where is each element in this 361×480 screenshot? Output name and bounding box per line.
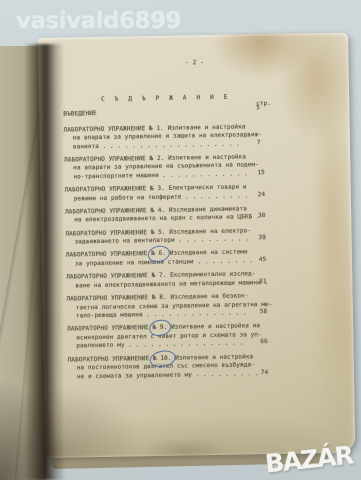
toc-entry-number: № 8. (152, 294, 167, 303)
toc-entry: ЛАБОРАТОРНО УПРАЖНЕНИЕ № 7. Експеримента… (66, 270, 266, 290)
toc-heading: С Ъ Д Ъ Р Ж А Н И Е (101, 93, 263, 104)
toc-entry-text: Електрически товари и (169, 183, 247, 191)
sheet-page-number: - 2 - (94, 58, 294, 70)
toc-entry-text: Изпитване и настройка (175, 353, 253, 361)
toc-entry: ЛАБОРАТОРНО УПРАЖНЕНИЕ № 10. Изпитване и… (68, 353, 268, 382)
toc-entry: ЛАБОРАТОРНО УПРАЖНЕНИЕ № 3. Електрически… (65, 183, 265, 203)
toc-entry-label: ЛАБОРАТОРНО УПРАЖНЕНИЕ (67, 324, 149, 332)
toc-entry-page: 58 (260, 308, 268, 317)
toc-entry-number: № 2. (149, 155, 164, 164)
toc-entry-text: Изследване на системи (170, 249, 248, 257)
toc-content: - 2 - С Ъ Д Ъ Р Ж А Н И Е стр. ВЪВЕДЕНИЕ… (62, 58, 268, 386)
toc-entry-number: № 5. (151, 228, 166, 237)
toc-entry-text: Изпитване и настройка на (171, 323, 260, 332)
toc-entry: ЛАБОРАТОРНО УПРАЖНЕНИЕ № 9. Изпитване и … (67, 322, 267, 351)
toc-intro-label: ВЪВЕДЕНИЕ (63, 110, 97, 118)
toc-entry-page: 15 (257, 169, 265, 178)
toc-entry-label: ЛАБОРАТОРНО УПРАЖНЕНИЕ (65, 207, 147, 215)
toc-entry-number: № 6. (151, 250, 166, 259)
toc-entry-label: ЛАБОРАТОРНО УПРАЖНЕНИЕ (65, 185, 147, 193)
toc-entry-page: 24 (258, 191, 266, 200)
toc-entry-text: Експериментално изслед- (170, 271, 255, 279)
toc-entry-text: Изследване на безкон- (170, 292, 248, 300)
toc-entry-number: № 10. (153, 354, 172, 363)
toc-entry-text: Изследване на електро- (169, 227, 251, 235)
contents-page: - 2 - С Ъ Д Ъ Р Ж А Н И Е стр. ВЪВЕДЕНИЕ… (38, 33, 355, 458)
toc-entry-number: № 9. (152, 324, 167, 333)
toc-entry: ЛАБОРАТОРНО УПРАЖНЕНИЕ № 8. Изследване н… (67, 292, 267, 321)
toc-entry-page: 30 (258, 212, 266, 221)
toc-intro-page: 5 (256, 104, 260, 115)
toc-entry-label: ЛАБОРАТОРНО УПРАЖНЕНИЕ (67, 294, 149, 302)
toc-entry-number: № 1. (149, 124, 164, 133)
toc-entry-page: 45 (259, 256, 267, 265)
toc-entry-page: 66 (260, 338, 268, 347)
toc-entry-text: Изследване динамиката (169, 205, 247, 213)
book-photo: - 2 - С Ъ Д Ъ Р Ж А Н И Е стр. ВЪВЕДЕНИЕ… (0, 0, 361, 480)
toc-entry-label: ЛАБОРАТОРНО УПРАЖНЕНИЕ (66, 251, 148, 259)
toc-entry: ЛАБОРАТОРНО УПРАЖНЕНИЕ № 5. Изследване н… (65, 227, 265, 247)
toc-entry-label: ЛАБОРАТОРНО УПРАЖНЕНИЕ (64, 125, 146, 133)
toc-entry-label: ЛАБОРАТОРНО УПРАЖНЕНИЕ (68, 355, 150, 363)
toc-entry-number: № 3. (150, 185, 165, 194)
toc-entry-page: 7 (257, 139, 261, 148)
toc-entry-number: № 7. (151, 272, 166, 281)
toc-entry-page: 74 (261, 369, 269, 378)
toc-entry-label: ЛАБОРАТОРНО УПРАЖНЕНИЕ (64, 155, 146, 163)
toc-entry-label: ЛАБОРАТОРНО УПРАЖНЕНИЕ (65, 229, 147, 237)
toc-entry: ЛАБОРАТОРНО УПРАЖНЕНИЕ № 2. Изпитване и … (64, 153, 264, 182)
toc-entry-label: ЛАБОРАТОРНО УПРАЖНЕНИЕ (66, 272, 148, 280)
toc-entry: ЛАБОРАТОРНО УПРАЖНЕНИЕ № 1. Изпитване и … (64, 123, 264, 152)
toc-entries: ЛАБОРАТОРНО УПРАЖНЕНИЕ № 1. Изпитване и … (64, 123, 268, 382)
seller-watermark: vasivald6899 (16, 8, 181, 34)
toc-entry-text: Изпитване и настройка (167, 123, 245, 131)
toc-entry-text: Изпитване и настройка (168, 153, 246, 161)
toc-entry: ЛАБОРАТОРНО УПРАЖНЕНИЕ № 4. Изследване д… (65, 205, 265, 225)
toc-entry: ЛАБОРАТОРНО УПРАЖНЕНИЕ № 6. Изследване н… (66, 249, 266, 269)
toc-intro-row: ВЪВЕДЕНИЕ 5 (63, 107, 263, 119)
toc-entry-number: № 4. (150, 207, 165, 216)
toc-entry-page: 51 (259, 278, 267, 287)
toc-entry-page: 39 (258, 234, 266, 243)
